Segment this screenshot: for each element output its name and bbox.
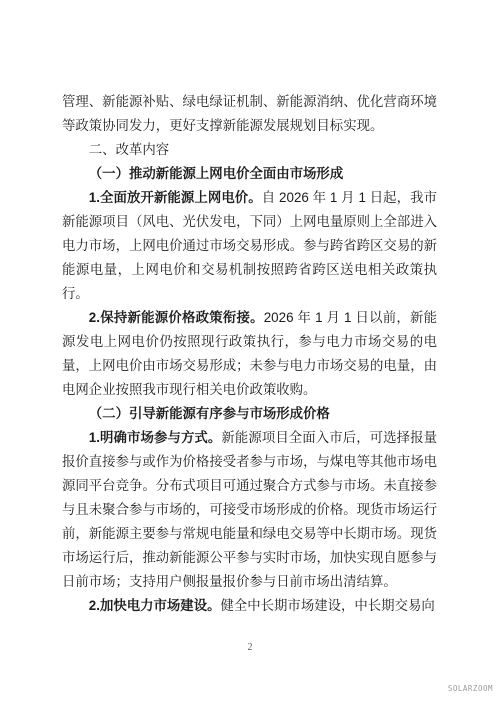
section-heading: 二、改革内容: [62, 138, 437, 162]
paragraph-lead: 2.加快电力市场建设。: [89, 598, 221, 613]
paragraph-text: 新能源项目全面入市后，可选择报量报价直接参与或作为价格接受者参与市场，与煤电等其…: [62, 430, 437, 589]
paragraph-policy-transition: 2.保持新能源价格政策衔接。2026 年 1 月 1 日以前，新能源发电上网电价…: [62, 306, 437, 402]
subsection-2-heading: （二）引导新能源有序参与市场形成价格: [62, 402, 437, 426]
paragraph-text: 健全中长期市场建设，中长期交易向: [220, 598, 434, 613]
subsection-1-heading: （一）推动新能源上网电价全面由市场形成: [62, 162, 437, 186]
paragraph-market-participation: 1.明确市场参与方式。新能源项目全面入市后，可选择报量报价直接参与或作为价格接受…: [62, 426, 437, 594]
paragraph-lead: 2.保持新能源价格政策衔接。: [89, 310, 264, 325]
paragraph-lead: 1.全面放开新能源上网电价。: [89, 190, 262, 205]
paragraph-open-market: 1.全面放开新能源上网电价。自 2026 年 1 月 1 日起，我市新能源项目（…: [62, 186, 437, 306]
paragraph-market-construction: 2.加快电力市场建设。健全中长期市场建设，中长期交易向: [62, 594, 437, 618]
page-number: 2: [0, 641, 500, 655]
document-body: 管理、新能源补贴、绿电绿证机制、新能源消纳、优化营商环境等政策协同发力，更好支撑…: [62, 90, 437, 618]
paragraph-text: 自 2026 年 1 月 1 日起，我市新能源项目（风电、光伏发电，下同）上网电…: [62, 190, 437, 301]
watermark: SOLARZOOM: [448, 684, 493, 693]
paragraph-continuation: 管理、新能源补贴、绿电绿证机制、新能源消纳、优化营商环境等政策协同发力，更好支撑…: [62, 90, 437, 138]
paragraph-lead: 1.明确市场参与方式。: [89, 430, 222, 445]
document-page: 管理、新能源补贴、绿电绿证机制、新能源消纳、优化营商环境等政策协同发力，更好支撑…: [0, 0, 500, 706]
